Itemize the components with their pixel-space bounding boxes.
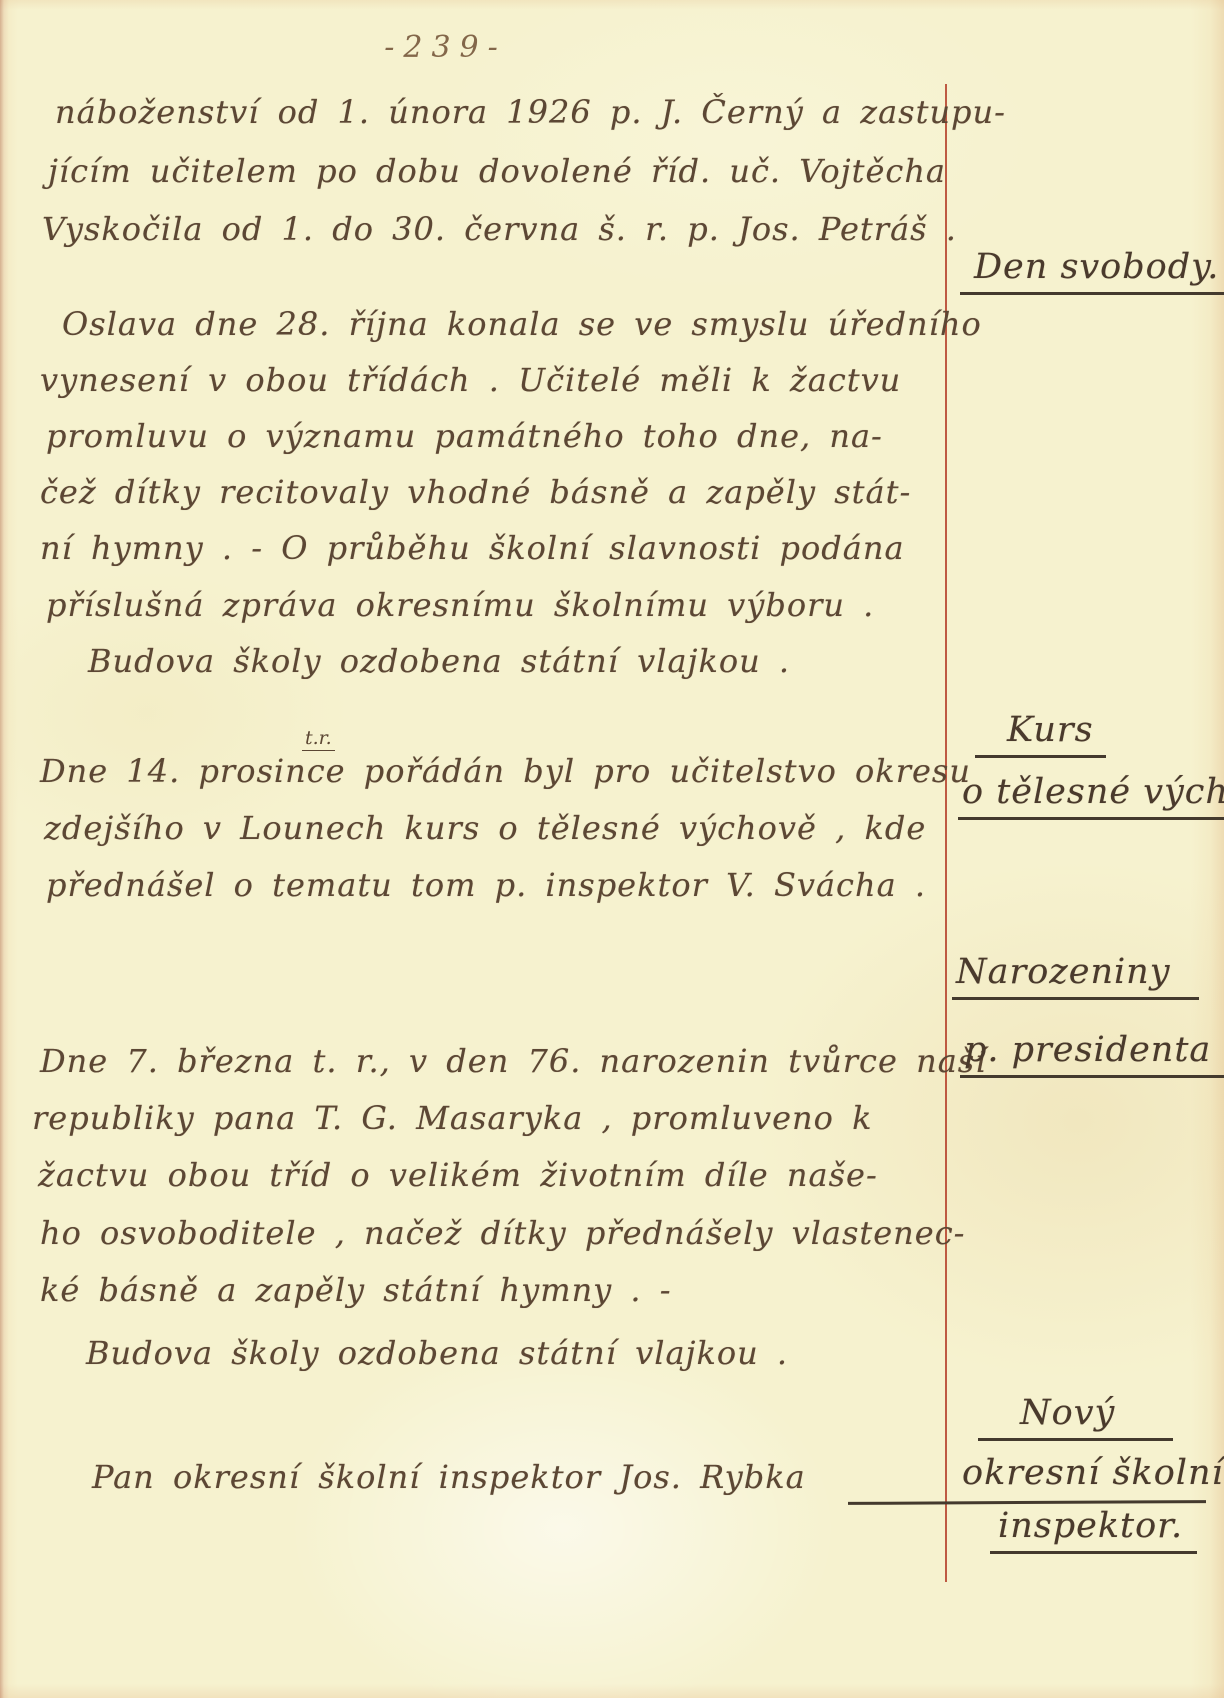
margin-note-okresni-skolni: okresní školní	[962, 1453, 1224, 1493]
text-line: žactvu obou tříd o velikém životním díle…	[38, 1156, 878, 1194]
text-line: ho osvoboditele , načež dítky přednášely…	[40, 1214, 965, 1252]
text-line: jícím učitelem po dobu dovolené říd. uč.…	[48, 152, 946, 190]
text-line: Budova školy ozdobena státní vlajkou .	[88, 642, 790, 680]
interline-insertion: t.r.	[302, 727, 335, 751]
margin-note-novy: Nový	[978, 1393, 1173, 1441]
margin-note-presidenta: p. presidenta .	[960, 1030, 1224, 1078]
margin-note-narozeniny: Narozeniny	[952, 952, 1199, 1000]
text-line: promluvu o významu památného toho dne, n…	[46, 417, 883, 455]
margin-note-telesna-vychova: o tělesné výchově .	[958, 772, 1224, 820]
text-line: čež dítky recitovaly vhodné básně a zapě…	[40, 473, 911, 511]
chronicle-page: -239- náboženství od 1. února 1926 p. J.…	[0, 0, 1224, 1698]
text-line: zdejšího v Lounech kurs o tělesné výchov…	[44, 809, 926, 847]
text-line: Dne 7. března t. r., v den 76. narozenin…	[40, 1042, 986, 1080]
margin-note-den-svobody: Den svobody.	[960, 247, 1224, 295]
text-line: Oslava dne 28. října konala se ve smyslu…	[62, 305, 982, 343]
margin-note-kurs: Kurs	[975, 710, 1106, 758]
text-line: Budova školy ozdobena státní vlajkou .	[86, 1334, 788, 1372]
text-line: Dne 14. prosince pořádán byl pro učitels…	[40, 752, 971, 790]
page-number: -239-	[358, 30, 533, 65]
text-line: vynesení v obou třídách . Učitelé měli k…	[40, 361, 901, 399]
text-line: přednášel o tematu tom p. inspektor V. S…	[46, 866, 926, 904]
pen-stroke-underline	[848, 1500, 1206, 1505]
text-line: ní hymny . - O průběhu školní slavnosti …	[40, 529, 905, 567]
text-line: republiky pana T. G. Masaryka , promluve…	[32, 1099, 872, 1137]
margin-note-inspektor: inspektor.	[990, 1506, 1197, 1554]
text-line: Vyskočila od 1. do 30. června š. r. p. J…	[42, 210, 957, 248]
text-line: Pan okresní školní inspektor Jos. Rybka	[92, 1458, 806, 1496]
text-line: náboženství od 1. února 1926 p. J. Černý…	[55, 93, 1006, 131]
text-line: ké básně a zapěly státní hymny . -	[40, 1271, 672, 1309]
text-line: příslušná zpráva okresnímu školnímu výbo…	[46, 586, 874, 624]
